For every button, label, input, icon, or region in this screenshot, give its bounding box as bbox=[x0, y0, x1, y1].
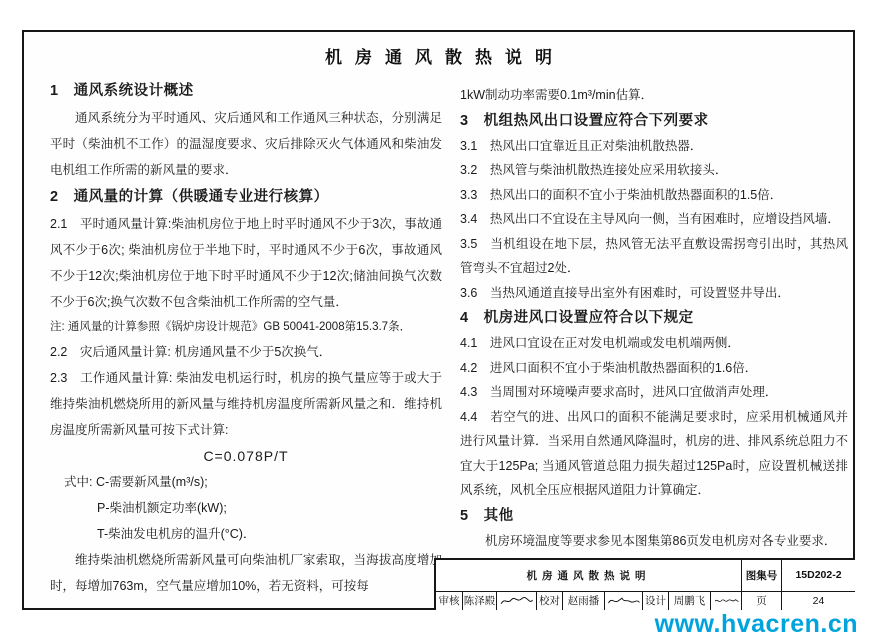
paragraph: 4.3 当周围对环境噪声要求高时，进风口宜做消声处理． bbox=[460, 380, 848, 405]
proofreader-signature-icon bbox=[604, 592, 642, 610]
left-column: 1 通风系统设计概述 通风系统分为平时通风、灾后通风和工作通风三种状态，分别满足… bbox=[50, 77, 442, 599]
paragraph: 3.5 当机组设在地下层，热风管无法平直敷设需拐弯引出时，其热风管弯头不宜超过2… bbox=[460, 232, 848, 281]
reviewer-name: 陈泽殿 bbox=[462, 592, 496, 610]
formula-legend: P-柴油机额定功率(kW); bbox=[50, 495, 442, 521]
page-number-label: 页 bbox=[741, 592, 781, 610]
paragraph: 2.3 工作通风量计算: 柴油发电机运行时，机房的换气量应等于或大于维持柴油机燃… bbox=[50, 365, 442, 443]
credits-row: 审核 陈泽殿 校对 赵雨播 设计 周鹏飞 bbox=[436, 592, 741, 610]
paragraph: 机房环境温度等要求参见本图集第86页发电机房对各专业要求． bbox=[460, 529, 848, 554]
paragraph: 4.2 进风口面积不宜小于柴油机散热器面积的1.6倍． bbox=[460, 356, 848, 381]
designer-label: 设计 bbox=[642, 592, 668, 610]
section-heading: 3 机组热风出口设置应符合下列要求 bbox=[460, 108, 848, 134]
atlas-number-value: 15D202-2 bbox=[781, 560, 855, 591]
page-title: 机房通风散热说明 bbox=[24, 43, 853, 68]
title-block-row-bottom: 审核 陈泽殿 校对 赵雨播 设计 周鹏飞 页 24 bbox=[436, 592, 855, 610]
paragraph: 3.3 热风出口的面积不宜小于柴油机散热器面积的1.5倍． bbox=[460, 183, 848, 208]
atlas-number-label: 图集号 bbox=[741, 560, 781, 591]
title-block: 机房通风散热说明 图集号 15D202-2 审核 陈泽殿 校对 赵雨播 设计 周… bbox=[434, 558, 855, 610]
section-heading: 2 通风量的计算（供暖通专业进行核算） bbox=[50, 183, 442, 211]
note: 注: 通风量的计算参照《锅炉房设计规范》GB 50041-2008第15.3.7… bbox=[50, 315, 442, 339]
paragraph: 维持柴油机燃烧所需新风量可向柴油机厂家索取，当海拔高度增加时，每增加763m，空… bbox=[50, 547, 442, 599]
paragraph: 2.2 灾后通风量计算: 机房通风量不少于5次换气． bbox=[50, 339, 442, 365]
formula: C=0.078P/T bbox=[50, 443, 442, 469]
paragraph: 3.2 热风管与柴油机散热连接处应采用软接头． bbox=[460, 158, 848, 183]
page-number-value: 24 bbox=[781, 592, 855, 610]
paragraph: 3.1 热风出口宜靠近且正对柴油机散热器． bbox=[460, 134, 848, 159]
formula-legend: 式中: C-需要新风量(m³/s); bbox=[50, 469, 442, 495]
paragraph: 2.1 平时通风量计算:柴油机房位于地上时平时通风不少于3次，事故通风不少于6次… bbox=[50, 211, 442, 315]
title-block-row-top: 机房通风散热说明 图集号 15D202-2 bbox=[436, 560, 855, 592]
designer-signature-icon bbox=[710, 592, 741, 610]
paragraph: 3.6 当热风通道直接导出室外有困难时，可设置竖井导出． bbox=[460, 281, 848, 306]
section-heading: 4 机房进风口设置应符合以下规定 bbox=[460, 305, 848, 331]
reviewer-label: 审核 bbox=[436, 592, 462, 610]
designer-name: 周鹏飞 bbox=[668, 592, 710, 610]
section-heading: 1 通风系统设计概述 bbox=[50, 77, 442, 105]
watermark: www.hvacren.cn bbox=[655, 610, 858, 639]
right-column: 1kW制动功率需要0.1m³/min估算． 3 机组热风出口设置应符合下列要求 … bbox=[460, 83, 848, 553]
proofreader-name: 赵雨播 bbox=[562, 592, 604, 610]
paragraph: 4.1 进风口宜设在正对发电机端或发电机端两侧． bbox=[460, 331, 848, 356]
page-border: 机房通风散热说明 1 通风系统设计概述 通风系统分为平时通风、灾后通风和工作通风… bbox=[22, 30, 855, 610]
proofreader-label: 校对 bbox=[536, 592, 562, 610]
formula-legend: T-柴油发电机房的温升(°C)． bbox=[50, 521, 442, 547]
paragraph: 1kW制动功率需要0.1m³/min估算． bbox=[460, 83, 848, 108]
paragraph: 4.4 若空气的进、出风口的面积不能满足要求时，应采用机械通风并进行风量计算．当… bbox=[460, 405, 848, 503]
paragraph: 通风系统分为平时通风、灾后通风和工作通风三种状态，分别满足平时（柴油机不工作）的… bbox=[50, 105, 442, 183]
paragraph: 3.4 热风出口不宜设在主导风向一侧，当有困难时，应增设挡风墙． bbox=[460, 207, 848, 232]
title-block-title: 机房通风散热说明 bbox=[436, 560, 741, 591]
reviewer-signature-icon bbox=[496, 592, 536, 610]
section-heading: 5 其他 bbox=[460, 503, 848, 529]
